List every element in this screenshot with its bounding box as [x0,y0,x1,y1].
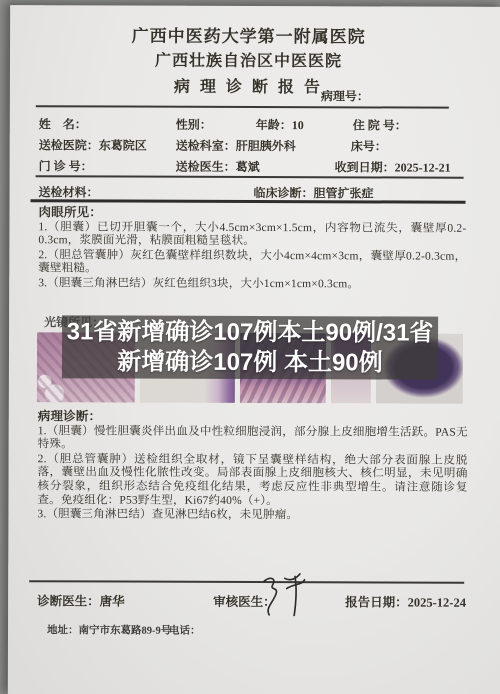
phone-label: 电话： [169,626,201,637]
clinical-diagnosis-label: 临床诊断： [254,186,314,200]
address-field: 地址：南宁市东葛路89-9号 [47,622,171,637]
patient-name-label: 姓 名： [39,117,87,131]
address-label: 地址： [47,625,79,636]
clinical-diagnosis-value: 胆管扩张症 [314,186,374,200]
department-label: 送检科室： [176,139,236,153]
admission-no-field: 住 院 号： [353,116,407,133]
diagnosing-doctor-label: 诊断医生： [37,594,100,608]
material-divider [31,199,466,203]
clinical-diagnosis-field: 临床诊断：胆管扩张症 [254,184,374,201]
photographed-pathology-report: { "colors":{ "overlay_bg":"rgba(62,60,58… [0,0,500,694]
reviewer-signature-image [249,569,315,625]
gross-finding-item: 1.（胆囊）已切开胆囊一个，大小4.5cm×3cm×1.5cm，内容物已流失，囊… [38,221,466,250]
gross-finding-item: 3.（胆囊三角淋巴结）灰红色组织3块，大小1cm×1cm×0.3cm。 [38,277,466,292]
gender-label: 性别： [176,118,212,132]
report-date-field: 报告日期：2025-12-24 [345,592,466,610]
bed-no-field: 床号： [351,137,387,154]
received-date-field: 收到日期：2025-12-21 [335,158,451,175]
sending-hospital-field: 送检医院：东葛院区 [39,136,147,153]
pathology-diagnosis-section: 病理诊断： 1.（胆囊）慢性胆囊炎伴出血及中性粒细胞浸润，部分腺上皮细胞增生活跃… [37,410,467,524]
gross-findings-section: 肉眼所见： 1.（胆囊）已切开胆囊一个，大小4.5cm×3cm×1.5cm，内容… [38,206,466,293]
report-date-label: 报告日期： [345,595,408,609]
news-caption-line2: 新增确诊107例 本土90例 [62,347,438,378]
footer-divider [29,580,464,583]
gender-field: 性别： [176,116,212,133]
age-value: 10 [292,118,304,132]
age-field: 年龄：10 [256,116,304,133]
received-date-value: 2025-12-21 [395,160,451,174]
department-value: 肝胆胰外科 [236,139,296,153]
diagnosis-item: 3.（胆囊三角淋巴结）查见淋巴结6枚，未见肿瘤。 [37,508,467,523]
news-caption-overlay: 31省新增确诊107例本土90例/31省 新增确诊107例 本土90例 [62,315,438,379]
sending-doctor-label: 送检医生： [176,160,236,174]
report-title: 病 理 诊 断 报 告 [61,73,436,97]
gross-finding-item: 2.（胆总管囊肿）灰红色囊壁样组织数块，大小4cm×4cm×3cm，囊壁厚0.2… [38,249,466,278]
gross-findings-heading: 肉眼所见： [38,206,466,221]
report-sheet: 广西中医药大学第一附属医院 广西壮族自治区中医医院 病 理 诊 断 报 告 病理… [0,0,500,694]
diagnosis-item: 1.（胆囊）慢性胆囊炎伴出血及中性粒细胞浸润，部分腺上皮细胞增生活跃。PAS无特… [38,425,468,454]
header-divider [36,105,449,108]
sending-doctor-field: 送检医生：葛斌 [176,158,260,175]
admission-no-label: 住 院 号： [353,118,407,132]
age-label: 年龄： [256,118,292,132]
hospital-name-primary: 广西中医药大学第一附属医院 [61,21,436,47]
sending-doctor-value: 葛斌 [236,160,260,174]
outpatient-no-field: 门 诊 号： [39,157,93,174]
diagnosing-doctor-value: 唐华 [100,594,125,608]
news-caption-line1: 31省新增确诊107例本土90例/31省 [62,317,438,348]
material-field: 送检材料： [39,183,99,200]
bed-no-label: 床号： [351,139,387,153]
hospital-name-secondary: 广西壮族自治区中医医院 [61,47,436,71]
sending-hospital-label: 送检医院： [39,138,99,152]
sending-hospital-value: 东葛院区 [99,138,147,152]
outpatient-no-label: 门 诊 号： [39,159,93,173]
patient-name-field: 姓 名： [39,115,87,132]
info-divider [36,175,464,178]
diagnosis-item: 2.（胆总管囊肿）送检组织全取材，镜下呈囊壁样结构，绝大部分表面腺上皮脱落，囊壁… [37,453,467,509]
department-field: 送检科室：肝胆胰外科 [176,137,296,154]
diagnosing-doctor-field: 诊断医生：唐华 [37,591,125,609]
report-date-value: 2025-12-24 [408,596,466,610]
report-paper: 广西中医药大学第一附属医院 广西壮族自治区中医医院 病 理 诊 断 报 告 病理… [8,5,500,694]
pathology-diagnosis-heading: 病理诊断： [38,410,468,425]
pathology-number-label: 病理号： [321,87,369,104]
address-value: 南宁市东葛路89-9号 [79,625,172,636]
phone-field: 电话： [169,623,201,638]
material-label: 送检材料： [39,185,99,199]
received-date-label: 收到日期： [335,160,395,174]
